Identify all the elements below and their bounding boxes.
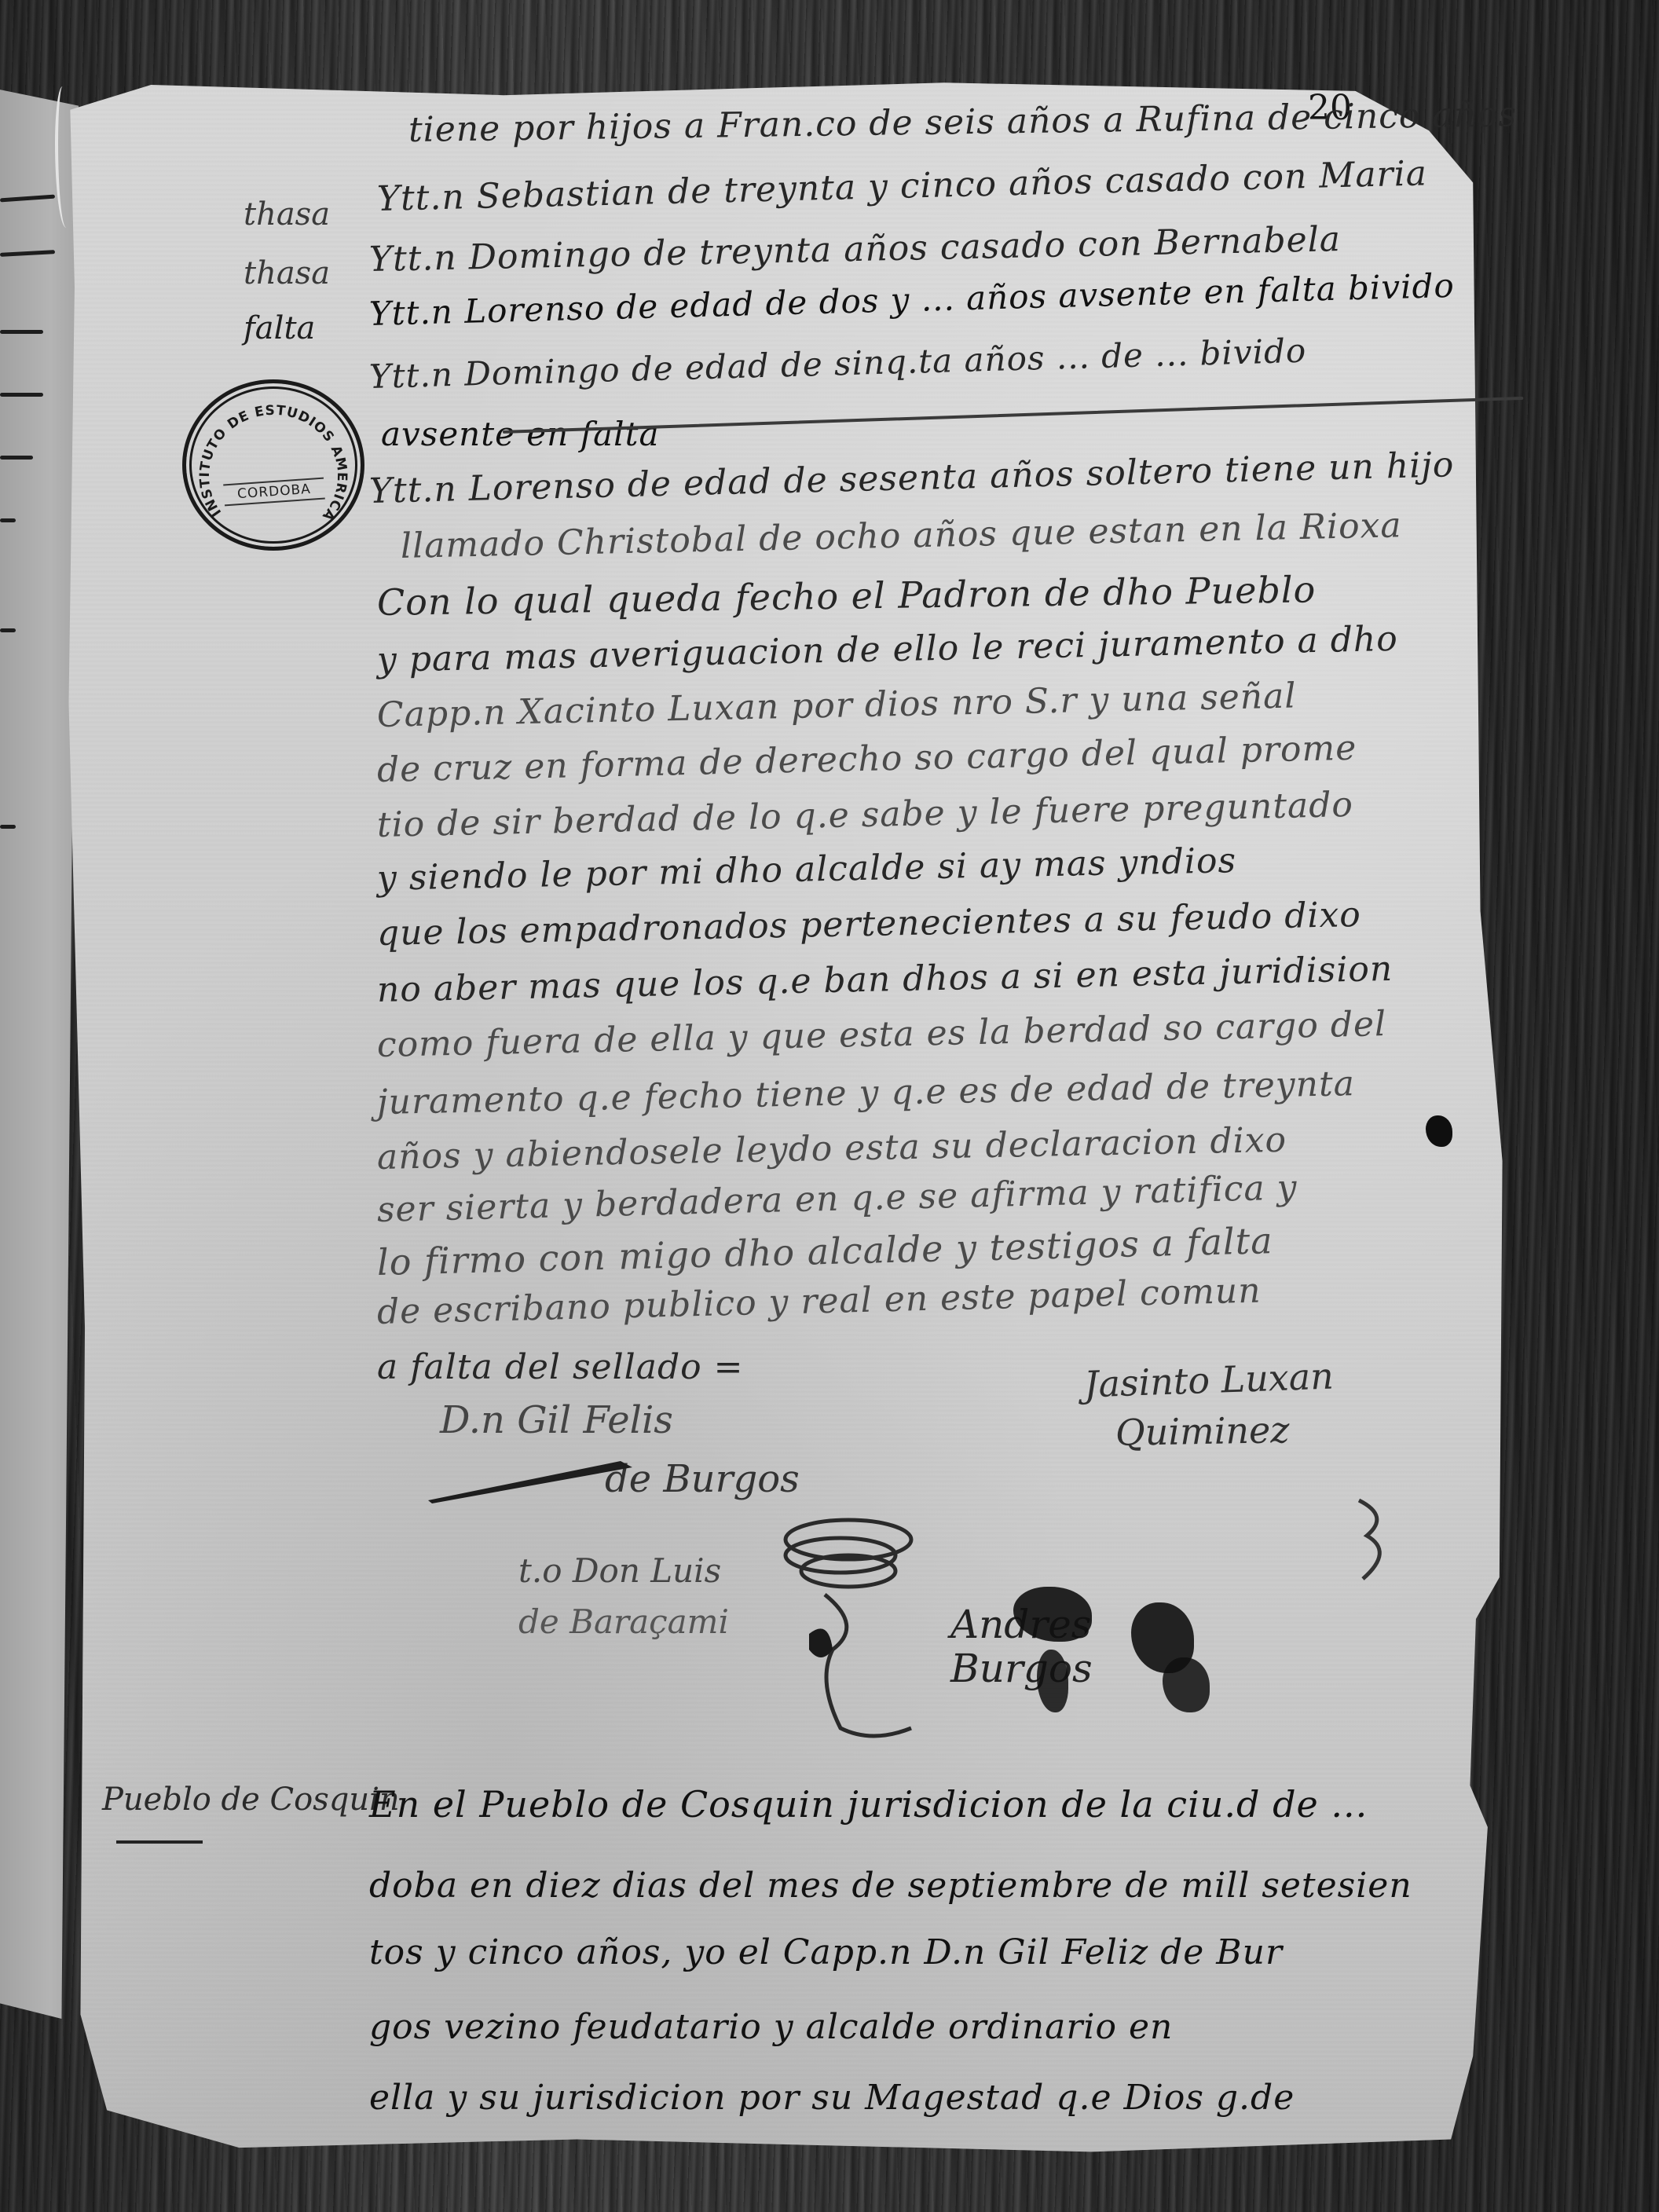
signature-jasinto-luxan: Jasinto Luxan [1083,1354,1334,1405]
signature-rubric-right [1335,1492,1398,1587]
margin-note: falta [244,310,315,346]
pen-stroke [424,1445,660,1508]
left-page-ink-stroke [0,518,16,522]
margin-heading-pueblo: Pueblo de Cosquin [102,1782,400,1818]
left-page-ink-stroke [0,393,43,397]
signature-gil-felis: D.n Gil Felis [440,1398,673,1442]
signature-witness-baracami: de Baraçami [518,1602,729,1641]
left-page-ink-stroke [0,330,43,334]
left-page-ink-stroke [0,825,16,829]
left-page-ink-stroke [0,628,16,632]
stamp-ring-text: INSTITUTO DE ESTUDIOS AMERICANISTAS [186,383,361,547]
margin-note: thasa [244,196,330,233]
heading-underline [116,1840,203,1844]
bottom-line: En el Pueblo de Cosquin jurisdicion de l… [369,1783,1368,1826]
signature-jasinto-luxan-line2: Quiminez [1115,1408,1290,1454]
bottom-line: gos vezino feudatario y alcalde ordinari… [369,2007,1173,2047]
bottom-line: doba en diez dias del mes de septiembre … [369,1866,1412,1906]
body-line: a falta del sellado = [377,1347,743,1387]
signature-rubric-center [754,1492,958,1744]
margin-note: thasa [244,255,330,291]
signature-witness-luis: t.o Don Luis [518,1551,721,1590]
bottom-line: tos y cinco años, yo el Capp.n D.n Gil F… [369,1932,1283,1972]
body-line: avsente en falta [381,415,660,453]
left-page-ink-stroke [0,456,33,460]
archive-stamp: INSTITUTO DE ESTUDIOS AMERICANISTAS CORD… [182,379,364,551]
bottom-line: ella y su jurisdicion por su Magestad q.… [369,2078,1295,2118]
